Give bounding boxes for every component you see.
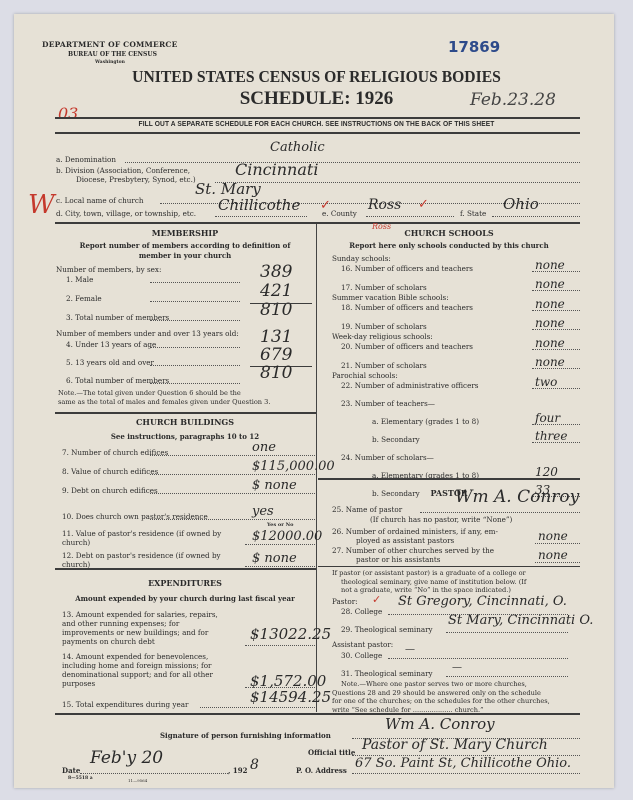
q27-label-2: pastor or his assistants [356,555,441,564]
county-label: e. County [322,209,357,218]
department-label: DEPARTMENT OF COMMERCE [42,40,178,49]
school-item-value[interactable]: none [535,297,565,311]
age-item-label: 4. Under 13 years of age [66,340,156,349]
age-item-line [150,383,240,384]
pastor-label: Pastor: [332,597,358,606]
pastor-name-hint: (If church has no pastor, write “None”) [370,515,512,524]
state-label: f. State [460,209,486,218]
denomination-line [125,162,580,163]
q29-value[interactable]: St Mary, Cincinnati O. [448,613,593,628]
note-line: for one of the churches; on the schedule… [332,697,550,705]
q26-label: 26. Number of ordained ministers, if any… [332,527,498,536]
q31-value[interactable]: — [452,662,462,673]
form-code: 8—5518 a [68,776,93,781]
q26-value[interactable]: none [538,529,568,543]
building-item-value[interactable]: $ none [252,478,297,493]
church-buildings-subheading: See instructions, paragraphs 10 to 12 [55,432,315,441]
building-item-line [245,566,315,567]
note-line: Note.—The total given under Question 6 s… [58,389,241,397]
expenditures-subheading: Amount expended by your church during la… [55,594,315,603]
state-value[interactable]: Ohio [503,195,539,213]
membership-heading: MEMBERSHIP [55,228,315,238]
graduate-note: If pastor (or assistant pastor) is a gra… [332,569,582,595]
signature-label: Signature of person furnishing informati… [160,731,331,740]
red-margin-mark: W [28,190,55,220]
school-item-label: 18. Number of officers and teachers [341,303,473,312]
age-item-line [150,347,240,348]
instruction-banner: FILL OUT A SEPARATE SCHEDULE FOR EACH CH… [16,121,617,128]
divider [55,222,580,224]
building-item-line [150,474,315,475]
q30-label: 30. College [341,651,382,660]
official-title-label: Official title [308,748,355,757]
membership-subheading: Report number of members according to de… [55,241,315,250]
red-checkmark: ✓ [418,197,429,212]
membership-item-label: 2. Female [66,294,102,303]
pastor-name-value[interactable]: Wm A. Conroy [455,487,579,507]
bureau-label: BUREAU OF THE CENSUS [68,51,157,58]
divider [318,478,580,480]
church-buildings-heading: CHURCH BUILDINGS [55,417,315,427]
form-title: UNITED STATES CENSUS OF RELIGIOUS BODIES [25,67,607,87]
membership-item-line [150,320,240,321]
note-line: theological seminary, give name of insti… [332,578,526,586]
membership-note: Note.—The total given under Question 6 s… [58,389,314,406]
building-item-label: 12. Debt on pastor's residence (if owned… [62,551,242,569]
year-prefix: , 192 [228,766,248,775]
q28-value[interactable]: St Gregory, Cincinnati, O. [398,594,567,609]
membership-item-line [150,282,240,283]
county-value[interactable]: Ross [368,197,401,213]
by-sex-label: Number of members, by sex: [56,265,161,274]
official-title-value[interactable]: Pastor of St. Mary Church [362,737,548,753]
address-label: P. O. Address [296,766,347,775]
date-value[interactable]: Feb'y 20 [90,748,163,768]
school-item-label: 19. Number of scholars [341,322,427,331]
denomination-value[interactable]: Catholic [270,140,325,155]
denomination-label: a. Denomination [56,155,116,164]
red-checkmark: ✓ [372,593,381,606]
note-line: Note.—Where one pastor serves two or mor… [332,680,527,688]
address-line [352,773,580,774]
membership-item-value[interactable]: 421 [260,281,292,301]
q31-line [446,676,568,677]
yes-no-hint: Yes or No [267,522,294,528]
state-line [492,216,580,217]
school-item-value[interactable]: four [535,411,560,425]
q26-label-2: ployed as assistant pastors [356,536,454,545]
school-group-label: Sunday schools: [332,254,391,263]
date-label: Date [62,766,80,775]
school-item-label: 23. Number of teachers— [341,399,435,408]
q30-line [388,658,568,659]
building-item-value[interactable]: yes [252,504,274,519]
note-line: write “See schedule for ................… [332,706,483,714]
building-item-value[interactable]: $ none [252,551,297,566]
church-schools-heading: CHURCH SCHOOLS [318,228,580,238]
city-value[interactable]: Chillicothe [218,196,300,214]
school-item-label: 24. Number of scholars— [341,453,434,462]
note-line: not a graduate, write “No” in the space … [332,586,511,594]
q31-label: 31. Theological seminary [341,669,433,678]
building-item-value[interactable]: $115,000.00 [252,459,335,474]
note-line: If pastor (or assistant pastor) is a gra… [332,569,526,577]
expenditure-item-value[interactable]: $13022.25 [250,625,331,643]
age-item-line [150,365,240,366]
divider [318,566,580,567]
building-item-label: 11. Value of pastor's residence (if owne… [62,529,242,547]
division-line [215,182,580,183]
expenditure-item-label: 15. Total expenditures during year [62,700,188,709]
school-item-label: b. Secondary [372,435,420,444]
school-group-label: Summer vacation Bible schools: [332,293,449,302]
building-item-value[interactable]: $12000.00 [252,529,322,544]
division-value[interactable]: Cincinnati [235,160,318,179]
local-name-label: c. Local name of church [56,196,144,205]
year-value[interactable]: 8 [250,757,259,773]
assistant-pastor-label: Assistant pastor: [332,640,393,649]
age-item-value[interactable]: 679 [260,345,292,365]
membership-subheading-2: member in your church [55,251,315,260]
age-item-value[interactable]: 810 [260,363,292,383]
divider [55,117,580,119]
school-item-label: a. Elementary (grades 1 to 8) [372,417,479,426]
by-age-label: Number of members under and over 13 year… [56,329,239,338]
pastor-note: Note.—Where one pastor serves two or mor… [332,680,582,714]
school-item-value[interactable]: two [535,375,557,389]
divider [55,568,316,570]
county-line [366,216,454,217]
total-rule [250,303,312,304]
building-item-line [150,519,315,520]
pastor-name-line [420,512,580,513]
school-item-label: 21. Number of scholars [341,361,427,370]
school-item-value[interactable]: none [535,258,565,272]
expenditure-item-label: 14. Amount expended for benevolences, in… [62,652,232,688]
divider [55,412,316,414]
building-item-label: 9. Debt on church edifices [62,486,158,495]
q30-value[interactable]: — [405,644,415,655]
building-item-label: 8. Value of church edifices [62,467,158,476]
school-item-value[interactable]: none [535,277,565,291]
school-item-value[interactable]: 120 [535,465,558,479]
building-item-line [245,544,315,545]
serial-number: 17869 [448,38,500,56]
form-code-2: 11—9564 [128,778,147,783]
q27-label: 27. Number of other churches served by t… [332,546,494,555]
expenditure-item-line [200,707,315,708]
church-schools-subheading: Report here only schools conducted by th… [318,241,580,250]
division-label: b. Division (Association, Conference, [56,166,190,175]
school-item-label: 22. Number of administrative officers [341,381,478,390]
q28-label: 28. College [341,607,382,616]
school-item-value[interactable]: none [535,355,565,369]
building-item-value[interactable]: one [252,440,276,455]
membership-item-label: 1. Male [66,275,93,284]
school-group-label: Parochial schools: [332,371,398,380]
expenditure-item-value[interactable]: $14594.25 [250,688,331,706]
city-field-label: d. City, town, village, or township, etc… [56,209,196,218]
membership-item-value[interactable]: 389 [260,262,292,282]
pastor-name-label: 25. Name of pastor [332,505,402,514]
school-item-value[interactable]: none [535,336,565,350]
membership-item-line [150,301,240,302]
school-item-label: 16. Number of officers and teachers [341,264,473,273]
school-item-label: 17. Number of scholars [341,283,427,292]
expenditures-heading: EXPENDITURES [55,578,315,588]
building-item-line [150,493,315,494]
q29-line [446,632,568,633]
note-line: same as the total of males and females g… [58,398,270,406]
school-item-value[interactable]: three [535,429,568,443]
q27-line [535,562,580,563]
age-item-label: 5. 13 years old and over [66,358,154,367]
date-line [80,773,228,774]
school-group-label: Week-day religious schools: [332,332,433,341]
age-item-value[interactable]: 131 [260,327,292,347]
stamp-date: Feb.23.28 [470,90,556,110]
school-item-label: 20. Number of officers and teachers [341,342,473,351]
address-value[interactable]: 67 So. Paint St, Chillicothe Ohio. [355,756,571,771]
q27-value[interactable]: none [538,548,568,562]
expenditure-item-label: 13. Amount expended for salaries, repair… [62,610,232,646]
note-line: Questions 28 and 29 should be answered o… [332,689,541,697]
building-item-line [150,455,315,456]
signature-value[interactable]: Wm A. Conroy [385,715,495,733]
divider [55,132,580,134]
city-line [215,216,307,217]
q29-label: 29. Theological seminary [341,625,433,634]
city-label: Washington [95,60,125,65]
q26-line [535,543,580,544]
division-label-2: Diocese, Presbytery, Synod, etc.) [76,175,196,184]
expenditure-item-line [245,645,315,646]
school-item-value[interactable]: none [535,316,565,330]
